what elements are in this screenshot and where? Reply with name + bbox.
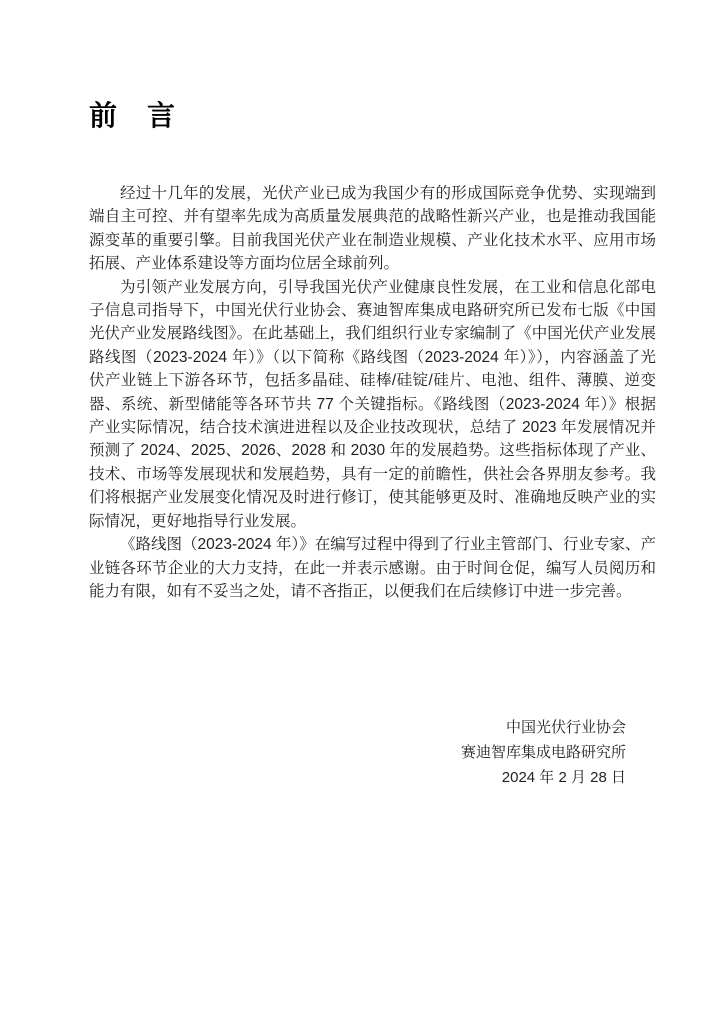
signature-org-2: 赛迪智库集成电路研究所 — [89, 740, 626, 765]
preface-page: 前 言 经过十几年的发展，光伏产业已成为我国少有的形成国际竞争优势、实现端到端自… — [0, 0, 724, 1024]
preface-paragraph-1: 经过十几年的发展，光伏产业已成为我国少有的形成国际竞争优势、实现端到端自主可控、… — [89, 182, 656, 276]
signature-block: 中国光伏行业协会 赛迪智库集成电路研究所 2024 年 2 月 28 日 — [89, 715, 656, 790]
preface-paragraph-3: 《路线图（2023-2024 年）》在编写过程中得到了行业主管部门、行业专家、产… — [89, 533, 656, 603]
signature-date: 2024 年 2 月 28 日 — [89, 765, 626, 790]
signature-org-1: 中国光伏行业协会 — [89, 715, 626, 740]
preface-paragraph-2: 为引领产业发展方向，引导我国光伏产业健康良性发展，在工业和信息化部电子信息司指导… — [89, 276, 656, 533]
page-title: 前 言 — [89, 100, 656, 132]
preface-body: 经过十几年的发展，光伏产业已成为我国少有的形成国际竞争优势、实现端到端自主可控、… — [89, 182, 656, 603]
